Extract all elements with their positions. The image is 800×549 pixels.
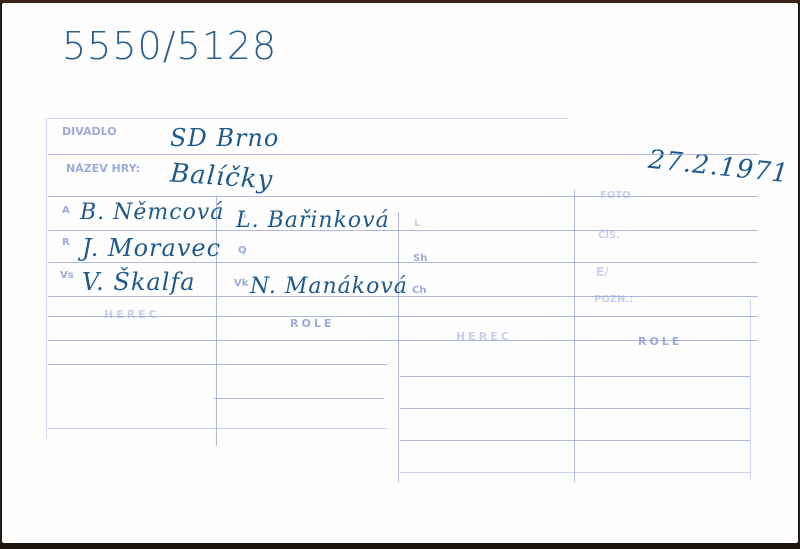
row-value-vk: N. Manáková (250, 274, 408, 299)
form-left-border (46, 118, 47, 438)
header-role-1: ROLE (290, 317, 334, 330)
row-label-q: Q (238, 245, 247, 256)
form-line-row3 (48, 262, 758, 263)
row-label-vk: Vk (234, 278, 248, 289)
table-line-3 (48, 428, 388, 429)
table-line-1 (48, 364, 388, 365)
row-value-vs: V. Škalfa (82, 268, 196, 296)
form-line-row1 (48, 196, 758, 197)
row-label-sh: Sh (413, 253, 427, 264)
row-label-ch: Ch (412, 285, 426, 296)
table-line-2 (214, 398, 384, 399)
header-herec-2: HEREC (456, 330, 512, 343)
theatre-label: DIVADLO (62, 125, 117, 138)
header-herec-1: HEREC (104, 308, 160, 321)
table-line-1b (400, 376, 750, 377)
row-label-l: L (414, 218, 420, 229)
row-label-vs: Vs (60, 270, 74, 281)
theatre-value: SD Brno (170, 124, 279, 152)
row-value-a: B. Němcová (80, 200, 224, 225)
play-title-label: NÁZEV HRY: (66, 162, 140, 175)
form-line-title (48, 154, 758, 155)
row-value-r: J. Moravec (82, 234, 221, 262)
table-line-3b (400, 440, 750, 441)
row-label-cis: ČÍS. (598, 230, 620, 241)
table-line-2b (400, 408, 750, 409)
row-value-s: L. Bařinková (236, 208, 390, 233)
row-label-foto: FOTO (600, 190, 631, 201)
form-divider-3 (574, 190, 575, 482)
row-label-e: E/ (596, 265, 609, 279)
form-top-line (48, 118, 568, 119)
row-label-r: R (62, 237, 70, 248)
table-line-4 (400, 472, 750, 473)
row-label-a: A (62, 205, 70, 216)
header-role-2: ROLE (638, 335, 682, 348)
form-divider-2 (398, 212, 399, 482)
row-label-pozn: POZN.: (594, 294, 633, 305)
form-right-border (750, 300, 751, 480)
archive-number: 5550/5128 (62, 24, 277, 68)
scan-edge-bottom (0, 543, 800, 549)
form-line-row2 (48, 230, 758, 231)
